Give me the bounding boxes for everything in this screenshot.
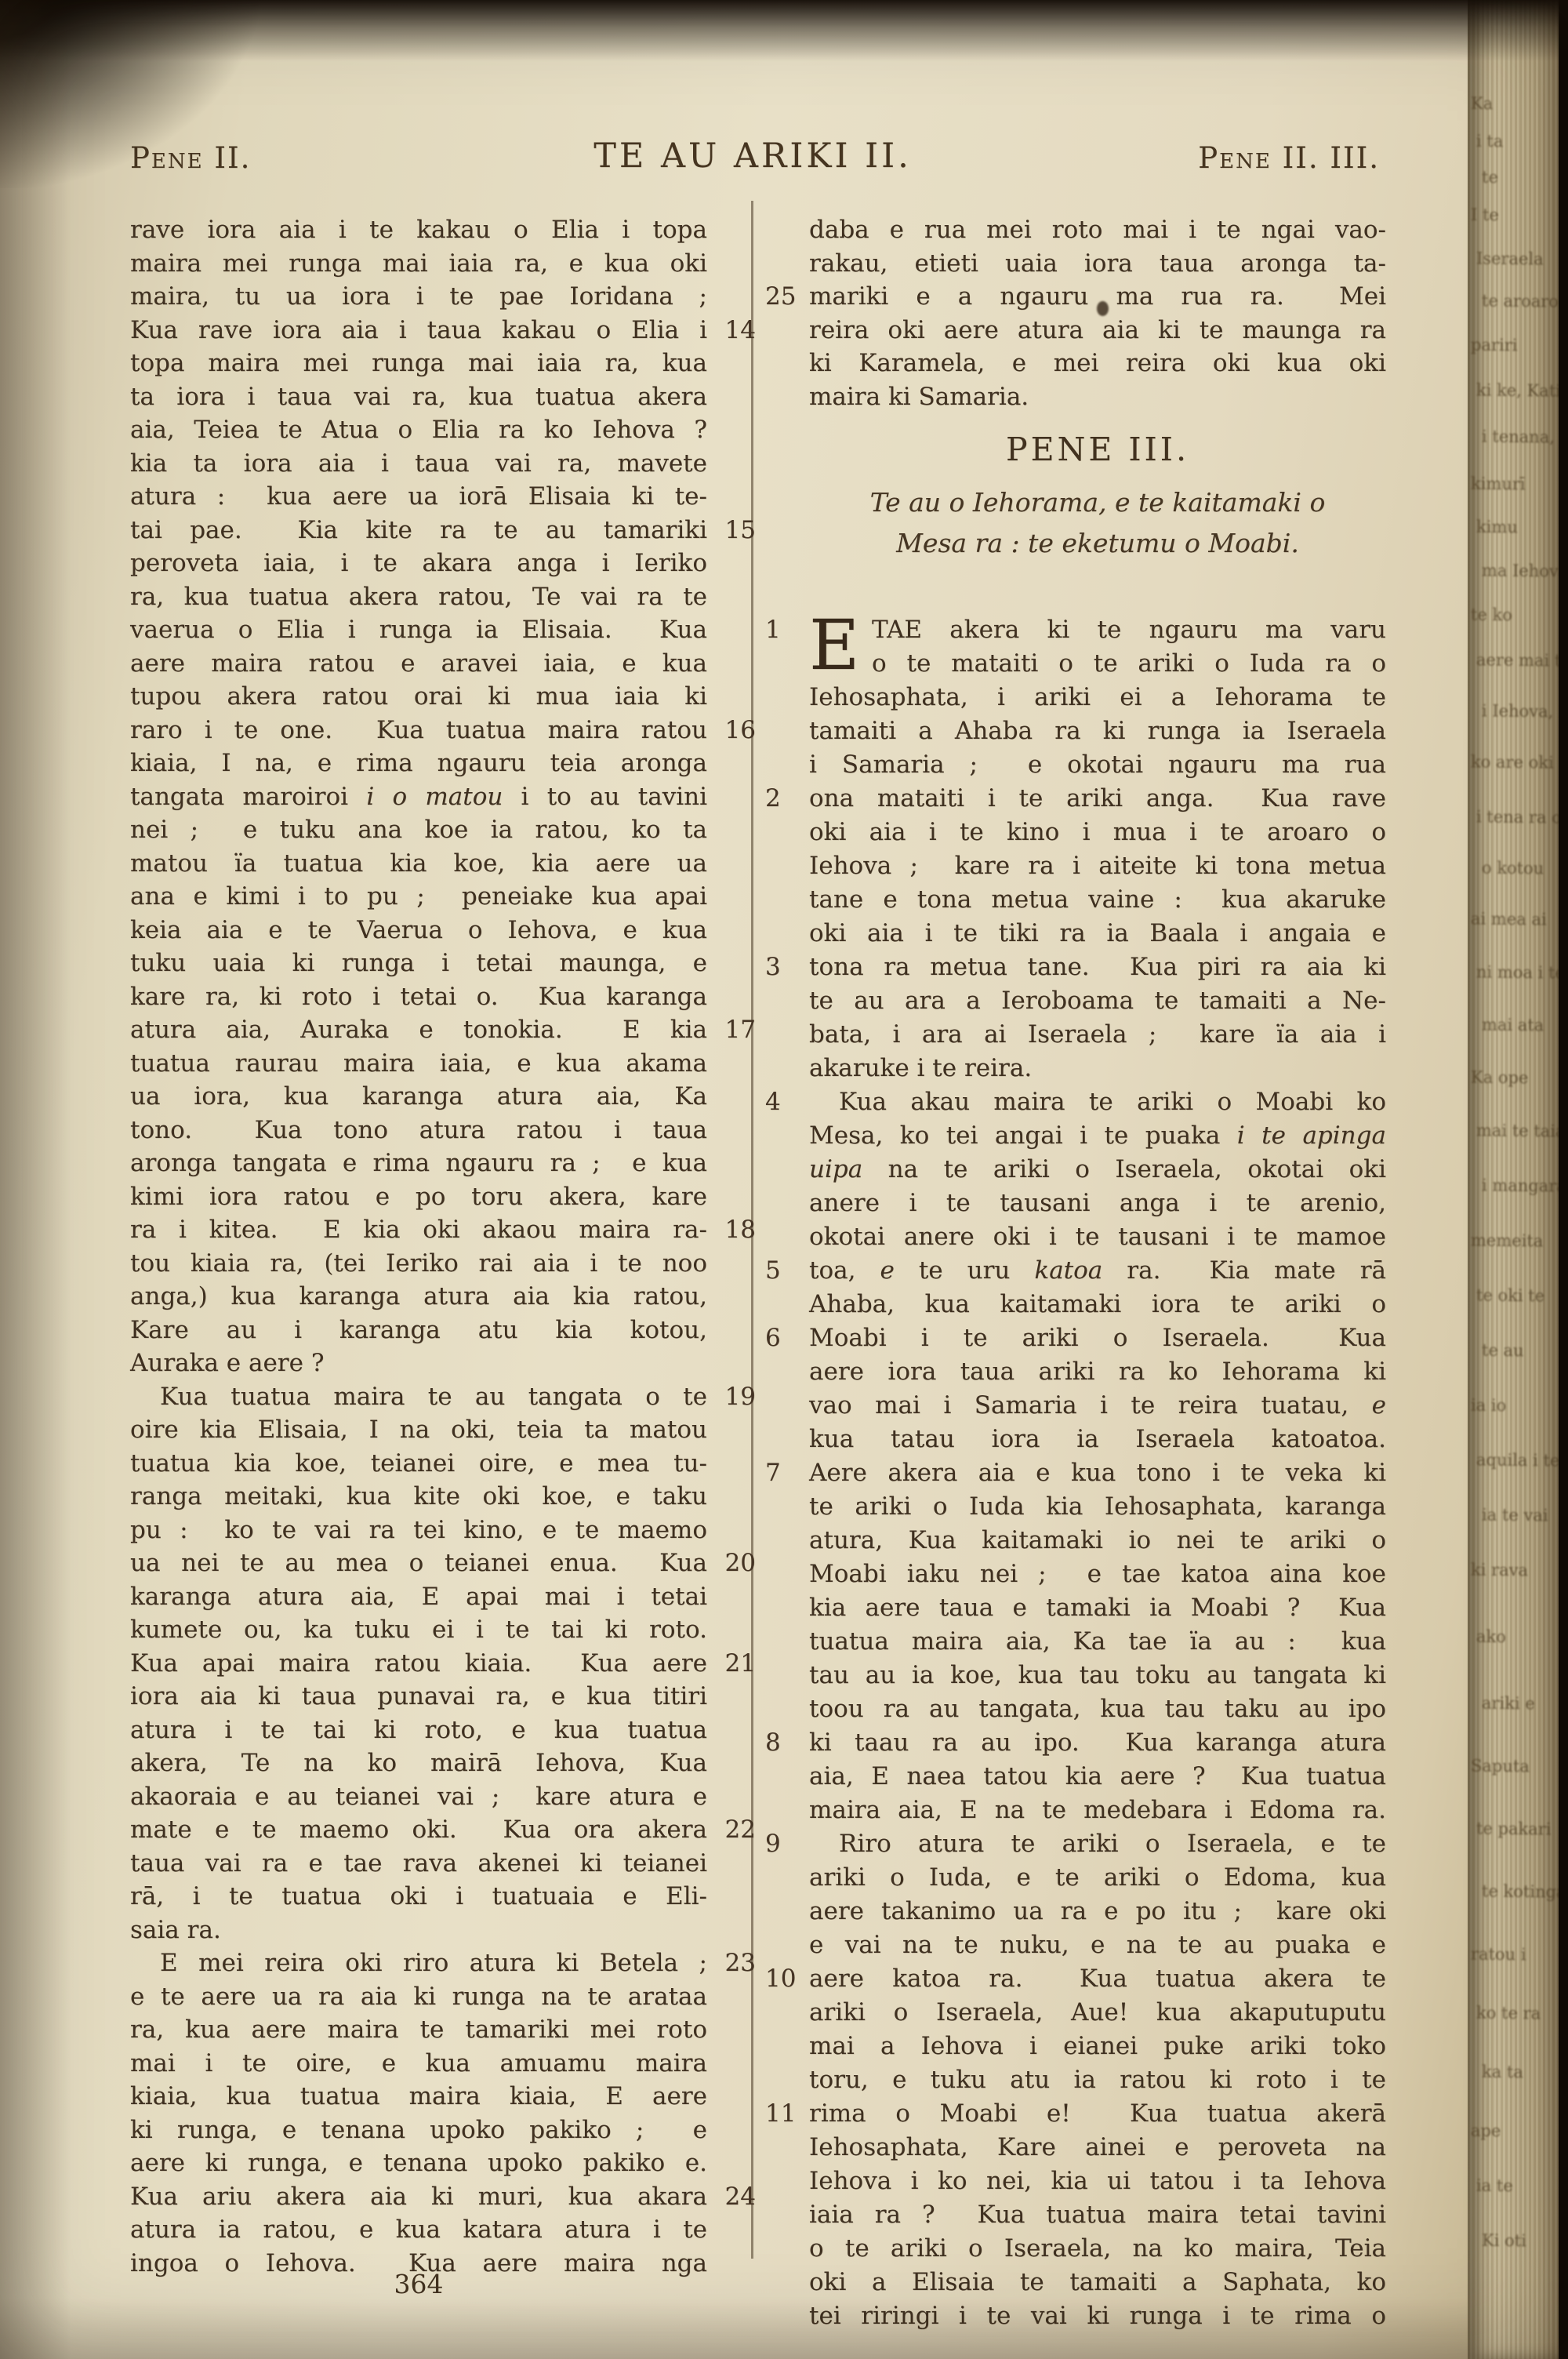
text-line: aronga tangata e rima ngauru ra ; e kua (130, 1147, 707, 1180)
edge-fragment: pariri (1471, 336, 1518, 355)
text-line-content: atura aia, Auraka e tonokia. E kia (130, 1016, 707, 1044)
text-line: tuatua kia koe, teianei oire, e mea tu- (130, 1447, 707, 1481)
verse-number: 6 (765, 1321, 781, 1355)
text-line: Mesa, ko tei angai i te puaka i te aping… (809, 1119, 1386, 1153)
text-line: toru, e tuku atu ia ratou ki roto i te (809, 2063, 1386, 2097)
verse-number: 1 (765, 613, 781, 647)
text-line: atura : kua aere ua iorā Elisaia ki te- (130, 480, 707, 514)
text-line: rima o Moabi e! Kua tuatua akerā11 (809, 2097, 1386, 2131)
text-line: atura aia, Auraka e tonokia. E kia17 (130, 1013, 707, 1047)
text-line: peroveta iaia, i te akara anga i Ieriko (130, 547, 707, 580)
text-line: mate e te maemo oki. Kua ora akera22 (130, 1813, 707, 1847)
text-line: Riro atura te ariki o Iseraela, e te9 (809, 1827, 1386, 1861)
text-line-content: Aere akera aia e kua tono i te veka ki (809, 1459, 1386, 1487)
edge-fragment: ai mea ai (1471, 909, 1547, 929)
verse-number: 17 (725, 1013, 756, 1047)
text-line-content: tona ra metua tane. Kua piri ra aia ki (809, 953, 1386, 981)
text-line: vao mai i Samaria i te reira tuatau, e (809, 1389, 1386, 1423)
text-line: topa maira mei runga mai iaia ra, kua (130, 347, 707, 380)
verse-number: 11 (765, 2097, 796, 2131)
text-line-content: rā, i te tuatua oki i tuatuaia e Eli- (130, 1882, 707, 1910)
edge-fragment: kimu (1476, 518, 1518, 537)
text-line-content: Kare au i karanga atu kia kotou, (130, 1316, 707, 1344)
text-line-content: ra, kua aere maira te tamariki mei roto (130, 2016, 707, 2044)
text-line-content: kia aere taua e tamaki ia Moabi ? Kua (809, 1594, 1386, 1622)
text-line: tane e tona metua vaine : kua akaruke (809, 883, 1386, 917)
verse-number: 25 (765, 280, 796, 314)
text-line: E mei reira oki riro atura ki Betela ;23 (130, 1946, 707, 1980)
text-line-content: toou ra au tangata, kua tau taku au ipo (809, 1695, 1386, 1723)
text-line-content: keia aia e te Vaerua o Iehova, e kua (130, 916, 707, 944)
text-line-content: matou ïa tuatua kia koe, kia aere ua (130, 849, 707, 878)
text-line-content: tuatua maira aia, Ka tae ïa au : kua (809, 1627, 1386, 1656)
edge-fragment: aquila i te (1476, 1450, 1560, 1470)
text-line-content: rima o Moabi e! Kua tuatua akerā (809, 2099, 1386, 2128)
text-line: akaoraia e au teianei vai ; kare atura e (130, 1780, 707, 1814)
text-line: oire kia Elisaia, I na oki, teia ta mato… (130, 1413, 707, 1447)
text-line: raro i te one. Kua tuatua maira ratou16 (130, 714, 707, 747)
text-line: ariki o Iuda, e te ariki o Edoma, kua (809, 1861, 1386, 1895)
text-line: ua iora, kua karanga atura aia, Ka (130, 1080, 707, 1114)
edge-fragment: i tena ra o (1476, 807, 1560, 827)
text-line-content: maira aia, E na te medebara i Edoma ra. (809, 1796, 1386, 1824)
edge-fragment: i mangaravi (1482, 1176, 1560, 1195)
edge-fragment: ma Iehova (1482, 561, 1560, 580)
text-line-content: anga,) kua karanga atura aia kia ratou, (130, 1282, 707, 1310)
edge-fragment: Ka ope (1471, 1068, 1529, 1088)
text-line-content: pu : ko te vai ra tei kino, e te maemo (130, 1516, 707, 1544)
text-line-content: kua tatau iora ia Iseraela katoatoa. (809, 1425, 1386, 1453)
text-line-content: Kua rave iora aia i taua kakau o Elia i (130, 316, 707, 344)
text-line-content: Iehova ; kare ra i aiteite ki tona metua (809, 852, 1386, 880)
text-line: mai i te oire, e kua amuamu maira (130, 2047, 707, 2081)
text-line-content: iaia ra ? Kua tuatua maira tetai tavini (809, 2201, 1386, 2229)
text-line: akera, Te na ko mairā Iehova, Kua (130, 1747, 707, 1780)
text-line: mai a Iehova i eianei puke ariki toko (809, 2030, 1386, 2063)
verse-number: 19 (725, 1380, 756, 1414)
text-line-content: tau au ia koe, kua tau toku au tangata k… (809, 1661, 1386, 1689)
text-line-content: kia ta iora aia i taua vai ra, mavete (130, 449, 707, 478)
edge-fragment: ape (1471, 2121, 1501, 2140)
text-line-content: ua nei te au mea o teianei enua. Kua (130, 1549, 707, 1577)
left-column: rave iora aia i te kakau o Elia i topama… (130, 213, 707, 2280)
text-line-content: topa maira mei runga mai iaia ra, kua (130, 349, 707, 377)
text-line-content: Mesa, ko tei angai i te puaka i te aping… (809, 1121, 1386, 1150)
text-line: vaerua o Elia i runga ia Elisaia. Kua (130, 613, 707, 647)
edge-fragment: o kotou (1482, 859, 1544, 878)
right-column: daba e rua mei roto mai i te ngai vao-ra… (809, 213, 1386, 2333)
edge-fragment: ia te vai (1482, 1506, 1548, 1525)
text-line: anga,) kua karanga atura aia kia ratou, (130, 1280, 707, 1314)
text-line: kia ta iora aia i taua vai ra, mavete (130, 447, 707, 481)
text-line: Ahaba, kua kaitamaki iora te ariki o (809, 1288, 1386, 1321)
text-line-content: ana e kimi i to pu ; peneiake kua apai (130, 882, 707, 911)
text-line: kua tatau iora ia Iseraela katoatoa. (809, 1423, 1386, 1456)
edge-fragment: te (1482, 168, 1498, 187)
text-line: te au ara a Ieroboama te tamaiti a Ne- (809, 984, 1386, 1018)
text-line-content: tupou akera ratou orai ki mua iaia ki (130, 682, 707, 711)
edge-fragment: kimurī (1471, 474, 1526, 494)
text-line: ra, kua tuatua akera ratou, Te vai ra te (130, 580, 707, 614)
text-line-content: te au ara a Ieroboama te tamaiti a Ne- (809, 987, 1386, 1015)
edge-fragment: ko are oki (1471, 752, 1554, 772)
text-line: rā, i te tuatua oki i tuatuaia e Eli- (130, 1880, 707, 1914)
verse-number: 4 (765, 1085, 781, 1119)
text-line: tamaiti a Ahaba ra ki runga ia Iseraela (809, 714, 1386, 748)
text-line-content: toa, e te uru katoa ra. Kia mate rā (809, 1256, 1386, 1285)
text-line: ki Karamela, e mei reira oki kua oki (809, 347, 1386, 380)
text-line-content: Kua akau maira te ariki o Moabi ko (809, 1085, 1386, 1119)
text-line-content: aere katoa ra. Kua tuatua akera te (809, 1965, 1386, 1993)
text-line: toou ra au tangata, kua tau taku au ipo (809, 1692, 1386, 1726)
text-line-content: atura : kua aere ua iorā Elisaia ki te- (130, 482, 707, 511)
text-line-content: e te aere ua ra aia ki runga na te arata… (130, 1983, 707, 2011)
text-line: ona mataiti i te ariki anga. Kua rave2 (809, 782, 1386, 816)
verse-number: 20 (725, 1547, 756, 1580)
text-line: matou ïa tuatua kia koe, kia aere ua (130, 847, 707, 881)
text-line-content: oki a Elisaia te tamaiti a Saphata, ko (809, 2268, 1386, 2296)
edge-fragment: i Iehova, K (1482, 701, 1560, 721)
text-line-content: maira, tu ua iora i te pae Ioridana ; (130, 282, 707, 311)
text-line: aere takanimo ua ra e po itu ; kare oki (809, 1895, 1386, 1928)
verse-number: 8 (765, 1726, 781, 1760)
text-line: tai pae. Kia kite ra te au tamariki15 (130, 514, 707, 547)
text-line-content: karanga atura aia, E apai mai i tetai (130, 1583, 707, 1611)
text-line: tuku uaia ki runga i tetai maunga, e (130, 947, 707, 980)
verse-number: 24 (725, 2180, 756, 2214)
text-line: bata, i ara ai Iseraela ; kare ïa aia i (809, 1018, 1386, 1052)
text-line: maira mei runga mai iaia ra, e kua oki (130, 247, 707, 281)
text-line-content: Kua apai maira ratou kiaia. Kua aere (130, 1649, 707, 1677)
text-line-content: raro i te one. Kua tuatua maira ratou (130, 716, 707, 744)
text-line-content: tuatua raurau maira iaia, e kua akama (130, 1049, 707, 1078)
verse-number: 2 (765, 782, 781, 816)
edge-fragment: i ta (1476, 132, 1504, 151)
text-line: aere ki runga, e tenana upoko pakiko e. (130, 2146, 707, 2180)
text-line: o te ariki o Iseraela, na ko maira, Teia (809, 2232, 1386, 2266)
text-line: ranga meitaki, kua kite oki koe, e taku (130, 1480, 707, 1514)
page-number: 364 (130, 2269, 707, 2299)
text-line-content: tangata maroiroi i o matou i to au tavin… (130, 783, 707, 811)
text-line-content: Iehova i ko nei, kia ui tatou i ta Iehov… (809, 2167, 1386, 2195)
text-line: taua vai ra e tae rava akenei ki teianei (130, 1847, 707, 1881)
ink-blemish (1097, 301, 1109, 316)
text-line-content: ariki o Iseraela, Aue! kua akaputuputu (809, 1998, 1386, 2026)
text-line: tono. Kua tono atura ratou i taua (130, 1114, 707, 1147)
text-line-content: daba e rua mei roto mai i te ngai vao- (809, 216, 1386, 244)
text-line-content: rave iora aia i te kakau o Elia i topa (130, 216, 707, 244)
verse-number: 15 (725, 514, 756, 547)
text-line: maira ki Samaria. (809, 380, 1386, 414)
edge-fragment: mai ata (1482, 1016, 1544, 1035)
edge-fragment: aere mai te (1476, 650, 1560, 670)
text-line-content: E mei reira oki riro atura ki Betela ; (130, 1946, 707, 1980)
text-line: toa, e te uru katoa ra. Kia mate rā5 (809, 1254, 1386, 1288)
text-line-content: toru, e tuku atu ia ratou ki roto i te (809, 2066, 1386, 2094)
text-line: maira aia, E na te medebara i Edoma ra. (809, 1794, 1386, 1827)
text-line: ki runga, e tenana upoko pakiko ; e (130, 2114, 707, 2147)
text-line-content: tane e tona metua vaine : kua akaruke (809, 885, 1386, 914)
text-line-content: ki taau ra au ipo. Kua karanga atura (809, 1728, 1386, 1757)
text-line: aia, E naea tatou kia aere ? Kua tuatua (809, 1760, 1386, 1794)
text-line-content: Ahaba, kua kaitamaki iora te ariki o (809, 1290, 1386, 1318)
text-line-content: tou kiaia ra, (tei Ieriko rai aia i te n… (130, 1249, 707, 1278)
text-line-content: ta iora i taua vai ra, kua tuatua akera (130, 383, 707, 411)
chapter-subtitle-line1: Te au o Iehorama, e te kaitamaki o (809, 482, 1386, 523)
text-line-content: peroveta iaia, i te akara anga i Ieriko (130, 549, 707, 577)
text-line-content: atura ia ratou, e kua katara atura i te (130, 2215, 707, 2244)
text-line: daba e rua mei roto mai i te ngai vao- (809, 213, 1386, 247)
text-line: pu : ko te vai ra tei kino, e te maemo (130, 1514, 707, 1547)
text-line: reira oki aere atura aia ki te maunga ra (809, 314, 1386, 347)
edge-fragment: te au (1482, 1341, 1524, 1361)
text-line-content: tai pae. Kia kite ra te au tamariki (130, 516, 707, 544)
text-line: karanga atura aia, E apai mai i tetai (130, 1580, 707, 1614)
text-line-content: Iehosaphata, Kare ainei e peroveta na (809, 2133, 1386, 2161)
text-line: Kua ariu akera aia ki muri, kua akara24 (130, 2180, 707, 2214)
text-line: tuatua raurau maira iaia, e kua akama (130, 1047, 707, 1081)
text-line-content: akaruke i te reira. (809, 1054, 1032, 1082)
text-line: keia aia e te Vaerua o Iehova, e kua (130, 914, 707, 947)
text-line: ETAE akera ki te ngauru ma varu1 (809, 613, 1386, 647)
text-line-content: Kua ariu akera aia ki muri, kua akara (130, 2183, 707, 2211)
edge-fragment: ia io (1471, 1396, 1507, 1415)
text-line-content: kiaia, I na, e rima ngauru teia aronga (130, 749, 707, 777)
text-line: atura ia ratou, e kua katara atura i te (130, 2213, 707, 2247)
edge-fragment: te kotinga (1482, 1881, 1560, 1901)
text-line-content: maira mei runga mai iaia ra, e kua oki (130, 249, 707, 278)
text-line-content: ki Karamela, e mei reira oki kua oki (809, 349, 1386, 377)
photo-shadow-bottom (0, 2298, 1468, 2359)
text-line: ta iora i taua vai ra, kua tuatua akera (130, 380, 707, 414)
text-line: kia aere taua e tamaki ia Moabi ? Kua (809, 1591, 1386, 1625)
edge-fragment: ako (1476, 1627, 1506, 1646)
text-line-content: reira oki aere atura aia ki te maunga ra (809, 316, 1386, 344)
text-line-content: mai i te oire, e kua amuamu maira (130, 2049, 707, 2077)
edge-fragment: te ko (1471, 605, 1512, 625)
edge-fragment: te aroaro (1482, 291, 1559, 311)
text-line: kiaia, kua tuatua maira kiaia, E aere (130, 2080, 707, 2114)
text-line-content: o te ariki o Iseraela, na ko maira, Teia (809, 2234, 1386, 2263)
text-line-content: tamaiti a Ahaba ra ki runga ia Iseraela (809, 717, 1386, 745)
text-line: Iehosaphata, i ariki ei a Iehorama te (809, 681, 1386, 714)
text-line-content: vao mai i Samaria i te reira tuatau, e (809, 1391, 1386, 1419)
text-line-content: ariki o Iuda, e te ariki o Edoma, kua (809, 1863, 1386, 1892)
text-line: kimi iora ratou e po toru akera, kare (130, 1180, 707, 1214)
text-line-content: uipa na te ariki o Iseraela, okotai oki (809, 1155, 1386, 1183)
text-line-content: vaerua o Elia i runga ia Elisaia. Kua (130, 616, 707, 644)
text-line-content: aere takanimo ua ra e po itu ; kare oki (809, 1897, 1386, 1925)
edge-fragment: ki ke, Kati (1476, 380, 1560, 400)
verse-number: 23 (725, 1946, 756, 1980)
text-line-content: taua vai ra e tae rava akenei ki teianei (130, 1849, 707, 1877)
text-line: okotai anere oki i te tausani i te mamoe (809, 1220, 1386, 1254)
text-line: te ariki o Iuda kia Iehosaphata, karanga (809, 1490, 1386, 1524)
edge-fragment: mai te taia (1476, 1121, 1560, 1140)
edge-fragment: ko te ra (1476, 2004, 1541, 2023)
text-line: aia, Teiea te Atua o Elia ra ko Iehova ? (130, 413, 707, 447)
text-line: atura i te tai ki roto, e kua tuatua (130, 1714, 707, 1747)
text-line-content: akaoraia e au teianei vai ; kare atura e (130, 1783, 707, 1811)
text-line-content: saia ra. (130, 1916, 221, 1944)
text-line-content: Moabi i te ariki o Iseraela. Kua (809, 1324, 1386, 1352)
text-line: Aere akera aia e kua tono i te veka ki7 (809, 1456, 1386, 1490)
text-line: tangata maroiroi i o matou i to au tavin… (130, 780, 707, 814)
text-line-content: ra i kitea. E kia oki akaou maira ra- (130, 1216, 707, 1244)
text-line-content: tono. Kua tono atura ratou i taua (130, 1116, 707, 1144)
text-line: rakau, etieti uaia iora taua aronga ta- (809, 247, 1386, 281)
text-line: tau au ia koe, kua tau toku au tangata k… (809, 1659, 1386, 1692)
text-line: e vai na te nuku, e na te au puaka e (809, 1928, 1386, 1962)
text-line-content: anere i te tausani anga i te arenio, (809, 1189, 1386, 1217)
text-line: oki aia i te tiki ra ia Baala i angaia e (809, 917, 1386, 951)
text-line: Iehosaphata, Kare ainei e peroveta na (809, 2131, 1386, 2165)
text-line: Iehova ; kare ra i aiteite ki tona metua (809, 849, 1386, 883)
verse-number: 5 (765, 1254, 781, 1288)
text-line: Kua akau maira te ariki o Moabi ko4 (809, 1085, 1386, 1119)
text-line-content: tuatua kia koe, teianei oire, e mea tu- (130, 1449, 707, 1478)
text-line-content: ki runga, e tenana upoko pakiko ; e (130, 2116, 707, 2144)
verse-number: 16 (725, 714, 756, 747)
text-line: tuatua maira aia, Ka tae ïa au : kua (809, 1625, 1386, 1659)
text-line: oki a Elisaia te tamaiti a Saphata, ko (809, 2266, 1386, 2299)
scanned-book-photo: { "header": { "left": "Pene II.", "cente… (0, 0, 1568, 2359)
text-line: Kua rave iora aia i taua kakau o Elia i1… (130, 314, 707, 347)
verse-number: 9 (765, 1827, 781, 1861)
text-line-content: maira ki Samaria. (809, 383, 1029, 411)
text-line-content: aia, Teiea te Atua o Elia ra ko Iehova ? (130, 416, 707, 444)
text-line: uipa na te ariki o Iseraela, okotai oki (809, 1153, 1386, 1187)
text-line: aere katoa ra. Kua tuatua akera te10 (809, 1962, 1386, 1996)
edge-fragment: ia te (1476, 2176, 1513, 2195)
text-line: Moabi iaku nei ; e tae katoa aina koe (809, 1558, 1386, 1591)
text-line: iaia ra ? Kua tuatua maira tetai tavini (809, 2198, 1386, 2232)
text-line: ra, kua aere maira te tamariki mei roto (130, 2013, 707, 2047)
text-line-content: aere ki runga, e tenana upoko pakiko e. (130, 2149, 707, 2177)
text-line: kiaia, I na, e rima ngauru teia aronga (130, 747, 707, 780)
text-line-content: Moabi iaku nei ; e tae katoa aina koe (809, 1560, 1386, 1588)
text-line-content: i Samaria ; e okotai ngauru ma rua (809, 751, 1386, 779)
text-line-content: kiaia, kua tuatua maira kiaia, E aere (130, 2082, 707, 2110)
text-line-content: bata, i ara ai Iseraela ; kare ïa aia i (809, 1020, 1386, 1049)
text-line-content: mai a Iehova i eianei puke ariki toko (809, 2032, 1386, 2060)
text-line: kumete ou, ka tuku ei i te tai ki roto. (130, 1613, 707, 1647)
running-head-right: Pene II. III. (1043, 141, 1380, 175)
text-line-content: ra, kua tuatua akera ratou, Te vai ra te (130, 583, 707, 611)
edge-fragment: I te (1471, 205, 1499, 224)
text-line: akaruke i te reira. (809, 1052, 1386, 1085)
text-line-content: ua iora, kua karanga atura aia, Ka (130, 1082, 707, 1110)
text-line-content: oki aia i te tiki ra ia Baala i angaia e (809, 919, 1386, 947)
text-line-content: nei ; e tuku ana koe ia ratou, ko ta (130, 816, 707, 844)
text-line-content: aere maira ratou e aravei iaia, e kua (130, 649, 707, 678)
edge-fragment: Iseraela (1476, 249, 1544, 269)
text-line-content: akera, Te na ko mairā Iehova, Kua (130, 1749, 707, 1777)
verse-number: 18 (725, 1213, 756, 1247)
text-line: e te aere ua ra aia ki runga na te arata… (130, 1980, 707, 2014)
text-line: Kua apai maira ratou kiaia. Kua aere21 (130, 1647, 707, 1681)
text-line-content: ranga meitaki, kua kite oki koe, e taku (130, 1482, 707, 1510)
text-line-content: Riro atura te ariki o Iseraela, e te (809, 1827, 1386, 1861)
text-line-content: okotai anere oki i te tausani i te mamoe (809, 1223, 1386, 1251)
text-line: atura, Kua kaitamaki io nei te ariki o (809, 1524, 1386, 1558)
edge-fragment: i tenana, (1482, 427, 1555, 447)
edge-fragment: ni moa i te (1476, 962, 1560, 982)
text-line-content: e vai na te nuku, e na te au puaka e (809, 1931, 1386, 1959)
text-line-content: Auraka e aere ? (130, 1349, 324, 1377)
verse-number: 7 (765, 1456, 781, 1490)
text-line-content: Iehosaphata, i ariki ei a Iehorama te (809, 683, 1386, 711)
text-line: ua nei te au mea o teianei enua. Kua20 (130, 1547, 707, 1580)
text-line: aere iora taua ariki ra ko Iehorama ki (809, 1355, 1386, 1389)
text-line: aere maira ratou e aravei iaia, e kua (130, 647, 707, 681)
text-line-content: oire kia Elisaia, I na oki, teia ta mato… (130, 1416, 707, 1444)
running-head-title: TE AU ARIKI II. (439, 136, 1066, 176)
text-line-content: Kua tuatua maira te au tangata o te (130, 1380, 707, 1414)
text-line-content: kimi iora ratou e po toru akera, kare (130, 1183, 707, 1211)
text-line: tupou akera ratou orai ki mua iaia ki (130, 680, 707, 714)
text-line-content: kare ra, ki roto i tetai o. Kua karanga (130, 983, 707, 1011)
verse-number: 22 (725, 1813, 756, 1847)
text-line-content: atura, Kua kaitamaki io nei te ariki o (809, 1526, 1386, 1554)
text-line-content: oki aia i te kino i mua i te aroaro o (809, 818, 1386, 846)
text-line: i Samaria ; e okotai ngauru ma rua (809, 748, 1386, 782)
text-line-content: aronga tangata e rima ngauru ra ; e kua (130, 1149, 707, 1177)
text-line: rave iora aia i te kakau o Elia i topa (130, 213, 707, 247)
edge-fragment: ratou i (1471, 1945, 1526, 1965)
edge-fragment: Saputa (1471, 1757, 1530, 1776)
text-line-content: o te mataiti o te ariki o Iuda ra o (872, 649, 1386, 678)
text-line-content: te ariki o Iuda kia Iehosaphata, karanga (809, 1492, 1386, 1521)
text-line: ana e kimi i to pu ; peneiake kua apai (130, 880, 707, 914)
right-column-verses: ETAE akera ki te ngauru ma varu1o te mat… (809, 613, 1386, 2333)
text-line: ariki o Iseraela, Aue! kua akaputuputu (809, 1996, 1386, 2030)
verse-number: 10 (765, 1962, 796, 1996)
text-line: Moabi i te ariki o Iseraela. Kua6 (809, 1321, 1386, 1355)
text-line: o te mataiti o te ariki o Iuda ra o (809, 647, 1386, 681)
text-line-content: iora aia ki taua punavai ra, e kua titir… (130, 1682, 707, 1710)
text-line: Auraka e aere ? (130, 1347, 707, 1380)
text-line: tou kiaia ra, (tei Ieriko rai aia i te n… (130, 1247, 707, 1281)
text-line: maira, tu ua iora i te pae Ioridana ; (130, 280, 707, 314)
text-line-content: aere iora taua ariki ra ko Iehorama ki (809, 1358, 1386, 1386)
text-line: ki taau ra au ipo. Kua karanga atura8 (809, 1726, 1386, 1760)
edge-fragment: memeita (1471, 1231, 1544, 1251)
text-line-content: aia, E naea tatou kia aere ? Kua tuatua (809, 1762, 1386, 1790)
edge-fragment: te pakari (1476, 1819, 1552, 1839)
next-page-edge-text: Kai tateI teIseraelate aroaropaririki ke… (1468, 0, 1560, 2359)
text-line-content: mate e te maemo oki. Kua ora akera (130, 1816, 707, 1844)
chapter-heading: PENE III. (809, 413, 1386, 468)
text-line-content: tuku uaia ki runga i tetai maunga, e (130, 949, 707, 977)
text-line: nei ; e tuku ana koe ia ratou, ko ta (130, 813, 707, 847)
photo-shadow-left (0, 0, 71, 2359)
text-line: anere i te tausani anga i te arenio, (809, 1187, 1386, 1220)
edge-fragment: ariki e (1482, 1694, 1535, 1714)
chapter-subtitle-line2: Mesa ra : te eketumu o Moabi. (809, 523, 1386, 564)
text-line-content: atura i te tai ki roto, e kua tuatua (130, 1716, 707, 1744)
photo-background (1559, 0, 1568, 2359)
verse-number: 21 (725, 1647, 756, 1681)
text-line: Iehova i ko nei, kia ui tatou i ta Iehov… (809, 2165, 1386, 2198)
edge-fragment: ka ta (1482, 2063, 1523, 2082)
edge-fragment: ki rava (1471, 1561, 1528, 1580)
text-line: oki aia i te kino i mua i te aroaro o (809, 816, 1386, 849)
text-line-content: TAE akera ki te ngauru ma varu (872, 616, 1386, 644)
text-line: ra i kitea. E kia oki akaou maira ra-18 (130, 1213, 707, 1247)
text-line: kare ra, ki roto i tetai o. Kua karanga (130, 980, 707, 1014)
verse-number: 3 (765, 951, 781, 984)
